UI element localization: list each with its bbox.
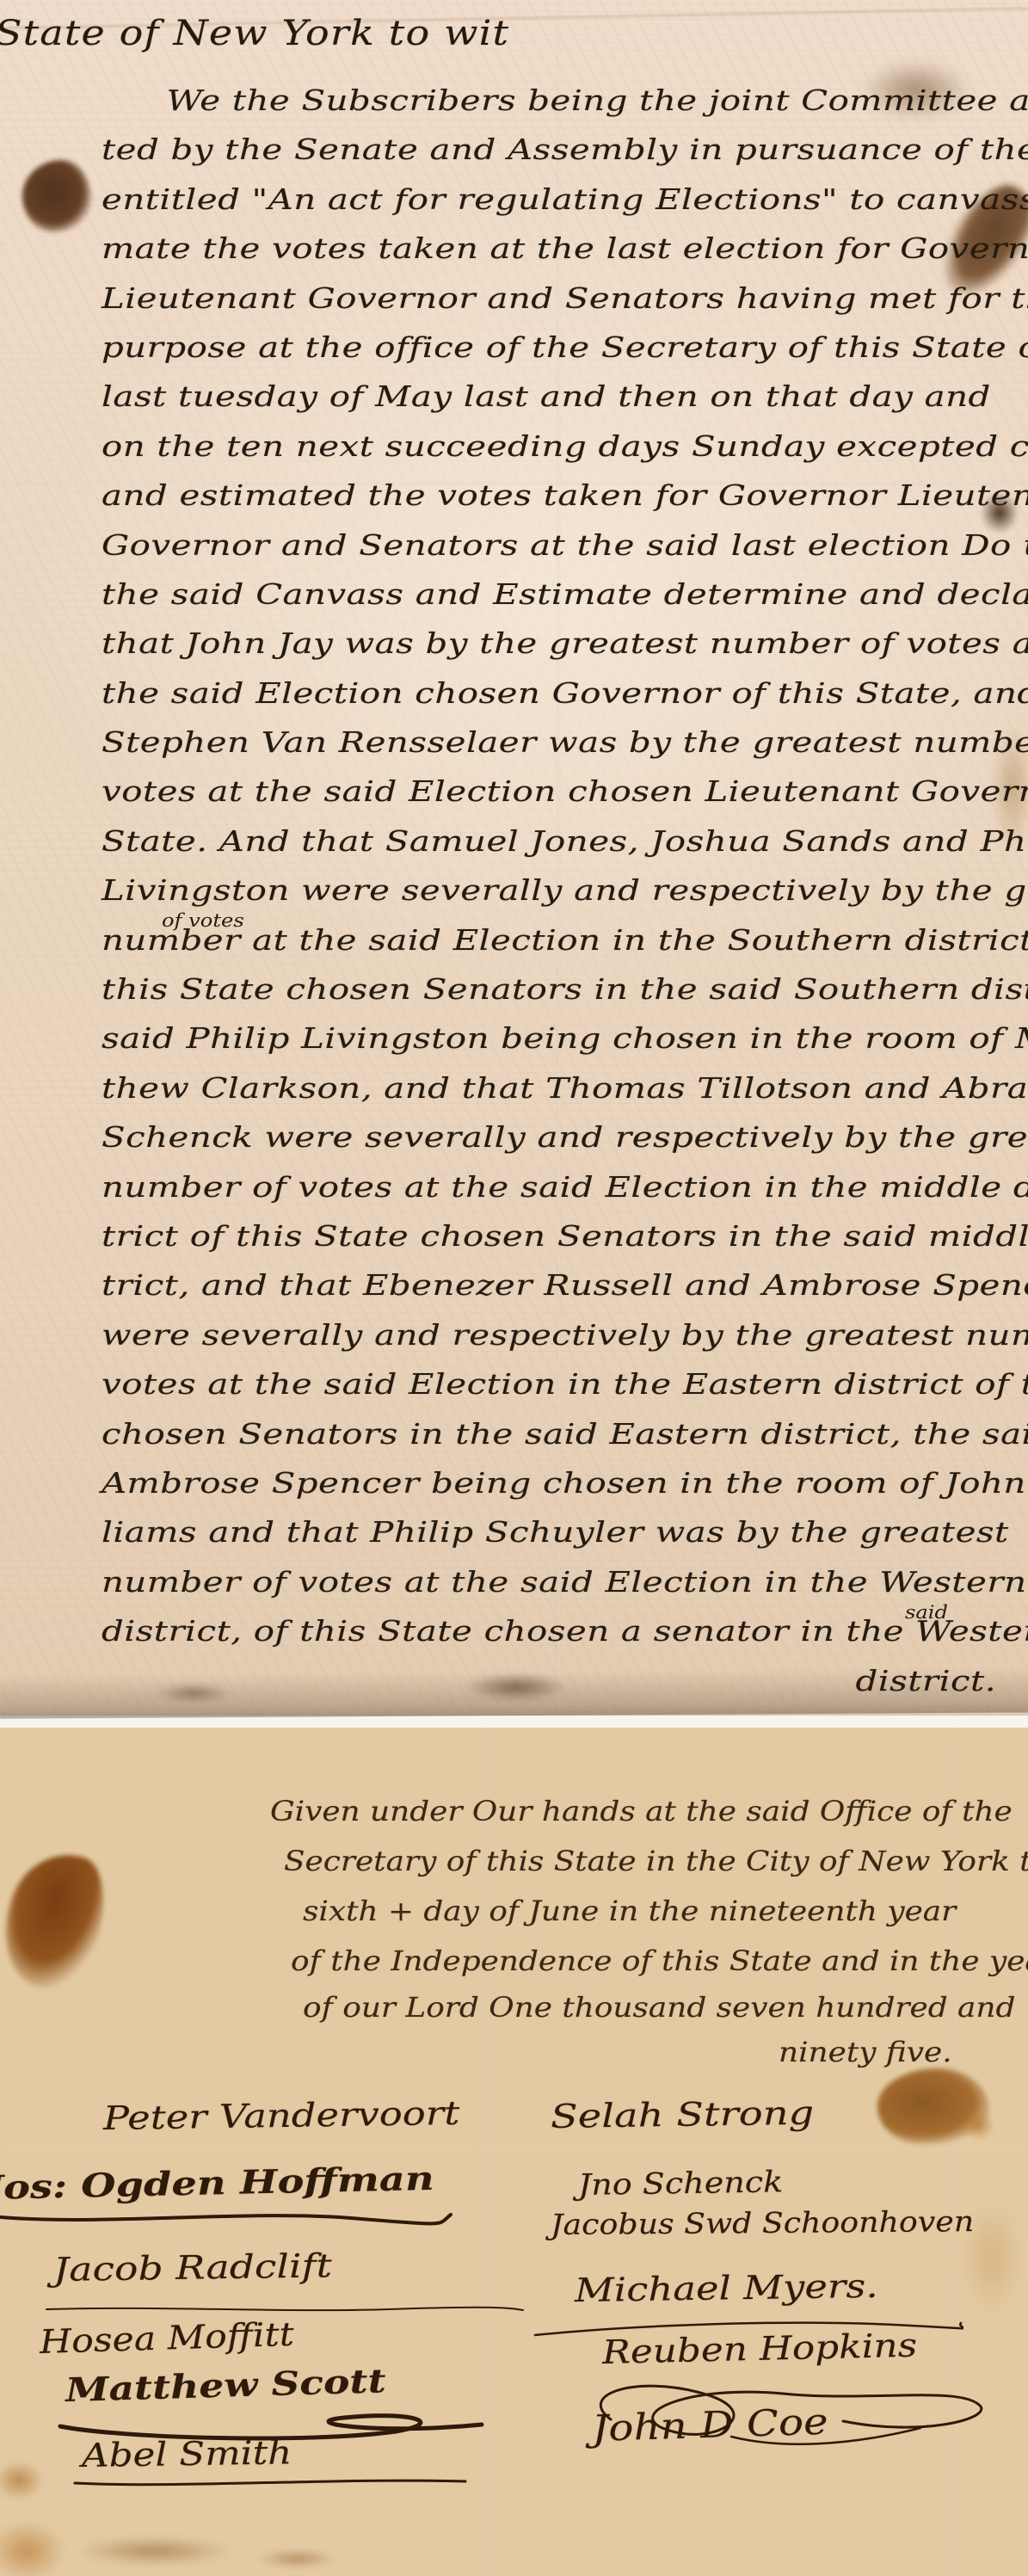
manuscript-line: Livingston were severally and respective… xyxy=(102,866,1028,915)
closing-line: Given under Our hands at the said Office… xyxy=(270,1795,1013,1827)
signature-john-d-coe: John D Coe xyxy=(591,2400,829,2450)
closing-line: of our Lord One thousand seven hundred a… xyxy=(303,1991,1015,2024)
closing-line: Secretary of this State in the City of N… xyxy=(284,1845,1028,1877)
interline-insertion-of-votes: of votes xyxy=(162,910,244,931)
closing-line: ninety five. xyxy=(779,2036,952,2068)
manuscript-line: votes at the said Election chosen Lieute… xyxy=(102,767,1028,816)
manuscript-line: Ambrose Spencer being chosen in the room… xyxy=(102,1458,1028,1507)
manuscript-line: purpose at the office of the Secretary o… xyxy=(102,323,1028,372)
signature-jacobus-schoonhoven: Jacobus Swd Schoonhoven xyxy=(551,2204,975,2241)
manuscript-line: chosen Senators in the said Eastern dist… xyxy=(102,1409,1028,1458)
signature-abel-smith: Abel Smith xyxy=(82,2433,292,2474)
interline-insertion-said: said xyxy=(905,1602,948,1623)
manuscript-line: State. And that Samuel Jones, Joshua San… xyxy=(102,817,1028,866)
manuscript-line: Stephen Van Rensselaer was by the greate… xyxy=(102,718,1028,767)
closing-line: of the Independence of this State and in… xyxy=(291,1944,1028,1977)
manuscript-line: We the Subscribers being the joint Commi… xyxy=(102,76,1028,125)
signature-reuben-hopkins: Reuben Hopkins xyxy=(601,2326,917,2371)
manuscript-line: trict, and that Ebenezer Russell and Amb… xyxy=(102,1260,1028,1310)
signature-michael-myers: Michael Myers. xyxy=(575,2267,878,2309)
manuscript-body: We the Subscribers being the joint Commi… xyxy=(102,76,996,1705)
manuscript-line: that John Jay was by the greatest number… xyxy=(102,619,1028,668)
signature-hosea-moffitt: Hosea Moffitt xyxy=(39,2315,294,2361)
manuscript-line: thew Clarkson, and that Thomas Tillotson… xyxy=(102,1063,1028,1112)
manuscript-line: ted by the Senate and Assembly in pursua… xyxy=(102,125,1028,174)
manuscript-line: Schenck were severally and respectively … xyxy=(102,1112,1028,1162)
manuscript-line: mate the votes taken at the last electio… xyxy=(102,224,1028,273)
document-heading: State of New York to wit xyxy=(0,14,509,53)
manuscript-line: and estimated the votes taken for Govern… xyxy=(102,471,1028,520)
manuscript-line: said Philip Livingston being chosen in t… xyxy=(102,1014,1028,1063)
manuscript-line: liams and that Philip Schuyler was by th… xyxy=(102,1507,1028,1556)
manuscript-line: the said Canvass and Estimate determine … xyxy=(102,570,1028,619)
manuscript-line: last tuesday of May last and then on tha… xyxy=(102,372,1028,421)
closing-line: sixth + day of June in the nineteenth ye… xyxy=(303,1895,956,1927)
manuscript-line: on the ten next succeeding days Sunday e… xyxy=(102,422,1028,471)
manuscript-line: Governor and Senators at the said last e… xyxy=(102,521,1028,570)
manuscript-line: were severally and respectively by the g… xyxy=(102,1310,1028,1359)
manuscript-line: district. xyxy=(0,1656,996,1705)
manuscript-line: district, of this State chosen a senator… xyxy=(102,1606,1028,1655)
manuscript-line: number of votes at the said Election in … xyxy=(102,1557,1028,1606)
manuscript-line: number of votes at the said Election in … xyxy=(102,1162,1028,1211)
manuscript-line: votes at the said Election in the Easter… xyxy=(102,1359,1028,1408)
manuscript-line: trict of this State chosen Senators in t… xyxy=(102,1211,1028,1260)
manuscript-line: this State chosen Senators in the said S… xyxy=(102,964,1028,1014)
horizontal-crease xyxy=(0,2148,1028,2150)
signature-jacob-radclift: Jacob Radclift xyxy=(53,2246,333,2289)
signature-selah-strong: Selah Strong xyxy=(551,2094,815,2135)
manuscript-line: Lieutenant Governor and Senators having … xyxy=(102,274,1028,323)
manuscript-line: the said Election chosen Governor of thi… xyxy=(102,669,1028,718)
signature-jno-schenck: Jno Schenck xyxy=(578,2165,784,2203)
signature-peter-vandervoort: Peter Vandervoort xyxy=(103,2094,460,2137)
manuscript-line: entitled "An act for regulating Election… xyxy=(102,175,1028,224)
